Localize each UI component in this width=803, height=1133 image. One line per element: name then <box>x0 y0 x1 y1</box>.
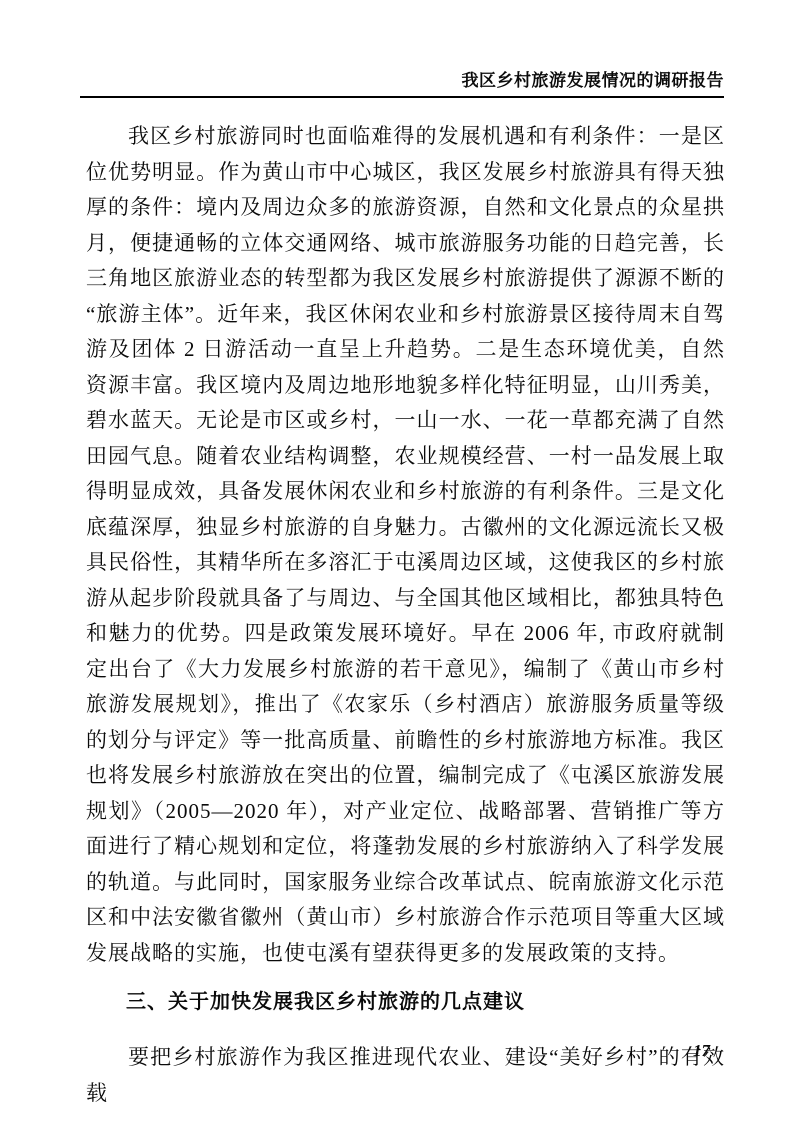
body-paragraph-1: 我区乡村旅游同时也面临难得的发展机遇和有利条件：一是区位优势明显。作为黄山市中心… <box>86 119 725 971</box>
document-body: 我区乡村旅游同时也面临难得的发展机遇和有利条件：一是区位优势明显。作为黄山市中心… <box>86 119 725 1111</box>
page-number: 17 <box>80 1041 710 1061</box>
document-page: 我区乡村旅游发展情况的调研报告 我区乡村旅游同时也面临难得的发展机遇和有利条件：… <box>0 0 803 1133</box>
section-heading-3: 三、关于加快发展我区乡村旅游的几点建议 <box>86 985 725 1020</box>
running-header-title: 我区乡村旅游发展情况的调研报告 <box>80 66 724 98</box>
